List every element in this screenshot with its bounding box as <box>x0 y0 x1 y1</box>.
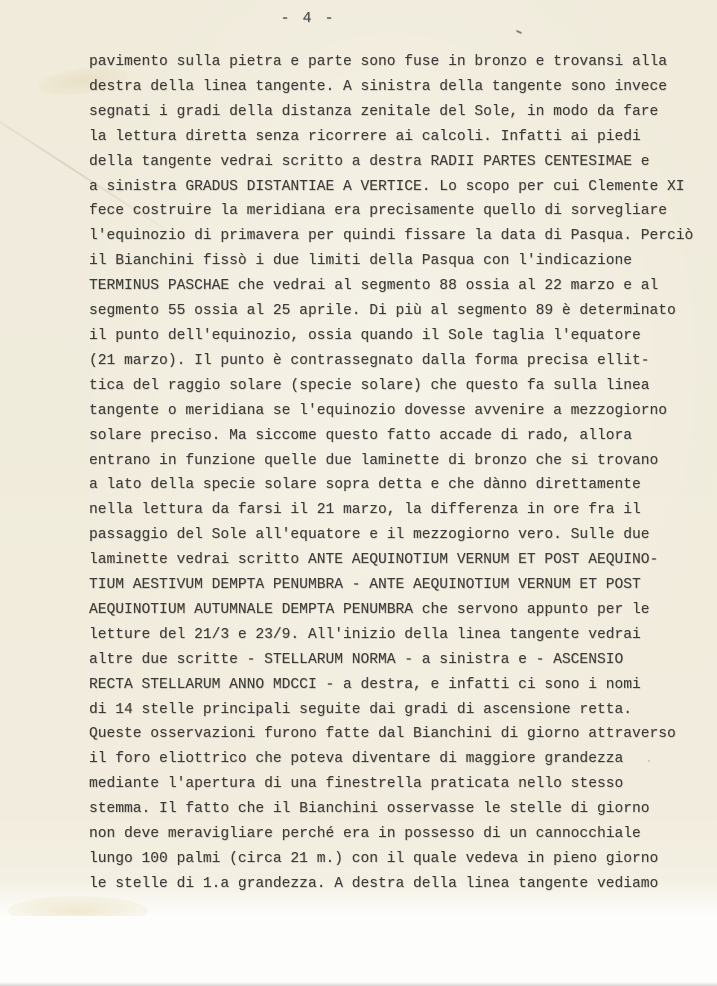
text-line: a sinistra GRADUS DISTANTIAE A VERTICE. … <box>89 175 689 200</box>
text-line: nella lettura da farsi il 21 marzo, la d… <box>89 498 689 523</box>
text-line: il punto dell'equinozio, ossia quando il… <box>89 324 689 349</box>
scan-bottom-edge <box>0 982 717 986</box>
text-line: a lato della specie solare sopra detta e… <box>89 473 689 498</box>
text-line: letture del 21/3 e 23/9. All'inizio dell… <box>89 623 689 648</box>
text-line: (21 marzo). Il punto è contrassegnato da… <box>89 349 689 374</box>
text-line: AEQUINOTIUM AUTUMNALE DEMPTA PENUMBRA ch… <box>89 598 689 623</box>
text-line: solare preciso. Ma siccome questo fatto … <box>89 424 689 449</box>
text-line: RECTA STELLARUM ANNO MDCCI - a destra, e… <box>89 673 689 698</box>
text-line: tica del raggio solare (specie solare) c… <box>89 374 689 399</box>
scanned-document-page: - 4 - pavimento sulla pietra e parte son… <box>0 0 717 986</box>
text-line: Queste osservazioni furono fatte dal Bia… <box>89 722 689 747</box>
text-line: pavimento sulla pietra e parte sono fuse… <box>89 50 689 75</box>
text-line: tangente o meridiana se l'equinozio dove… <box>89 399 689 424</box>
text-line: passaggio del Sole all'equatore e il mez… <box>89 523 689 548</box>
text-line: stemma. Il fatto che il Bianchini osserv… <box>89 797 689 822</box>
text-line: TERMINUS PASCHAE che vedrai al segmento … <box>89 274 689 299</box>
text-line: il foro eliottrico che poteva diventare … <box>89 747 689 772</box>
text-line: della tangente vedrai scritto a destra R… <box>89 150 689 175</box>
text-line: la lettura diretta senza ricorrere ai ca… <box>89 125 689 150</box>
text-line: di 14 stelle principali seguite dai grad… <box>89 698 689 723</box>
text-line: destra della linea tangente. A sinistra … <box>89 75 689 100</box>
text-line: altre due scritte - STELLARUM NORMA - a … <box>89 648 689 673</box>
text-line: segmento 55 ossia al 25 aprile. Di più a… <box>89 299 689 324</box>
text-line: laminette vedrai scritto ANTE AEQUINOTIU… <box>89 548 689 573</box>
text-line: entrano in funzione quelle due laminette… <box>89 449 689 474</box>
scanner-background <box>0 916 717 986</box>
text-line: il Bianchini fissò i due limiti della Pa… <box>89 249 689 274</box>
text-line: fece costruire la meridiana era precisam… <box>89 199 689 224</box>
text-line: l'equinozio di primavera per quindi fiss… <box>89 224 689 249</box>
text-line: lungo 100 palmi (circa 21 m.) con il qua… <box>89 847 689 872</box>
text-line: segnati i gradi della distanza zenitale … <box>89 100 689 125</box>
text-line: mediante l'apertura di una finestrella p… <box>89 772 689 797</box>
text-line: non deve meravigliare perché era in poss… <box>89 822 689 847</box>
text-line: le stelle di 1.a grandezza. A destra del… <box>89 872 689 897</box>
page-number: - 4 - <box>258 10 358 27</box>
text-line: TIUM AESTIVUM DEMPTA PENUMBRA - ANTE AEQ… <box>89 573 689 598</box>
typewritten-text-block: pavimento sulla pietra e parte sono fuse… <box>89 50 689 897</box>
